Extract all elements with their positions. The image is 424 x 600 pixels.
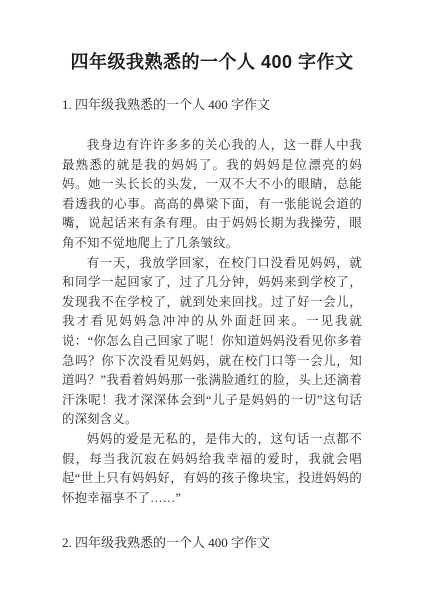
- essay-page: 四年级我熟悉的一个人 400 字作文 1. 四年级我熟悉的一个人 400 字作文…: [0, 0, 424, 600]
- essay-section-1: 1. 四年级我熟悉的一个人 400 字作文 我身边有许许多多的关心我的人，这一群…: [62, 96, 362, 508]
- essay-paragraph: 妈妈的爱是无私的，是伟大的，这句话一点都不假，每当我沉寂在妈妈给我幸福的爱时，我…: [62, 430, 362, 508]
- section-heading-1: 1. 四年级我熟悉的一个人 400 字作文: [62, 96, 362, 114]
- essay-paragraph: 有一天，我放学回家，在校门口没看见妈妈，就和同学一起回家了，过了几分钟，妈妈来到…: [62, 254, 362, 430]
- document-title: 四年级我熟悉的一个人 400 字作文: [62, 50, 362, 74]
- section-heading-2: 2. 四年级我熟悉的一个人 400 字作文: [62, 534, 362, 552]
- essay-paragraph: 我身边有许许多多的关心我的人，这一群人中我最熟悉的就是我的妈妈了。我的妈妈是位漂…: [62, 136, 362, 254]
- essay-section-2: 2. 四年级我熟悉的一个人 400 字作文: [62, 534, 362, 552]
- essay-body: 我身边有许许多多的关心我的人，这一群人中我最熟悉的就是我的妈妈了。我的妈妈是位漂…: [62, 136, 362, 508]
